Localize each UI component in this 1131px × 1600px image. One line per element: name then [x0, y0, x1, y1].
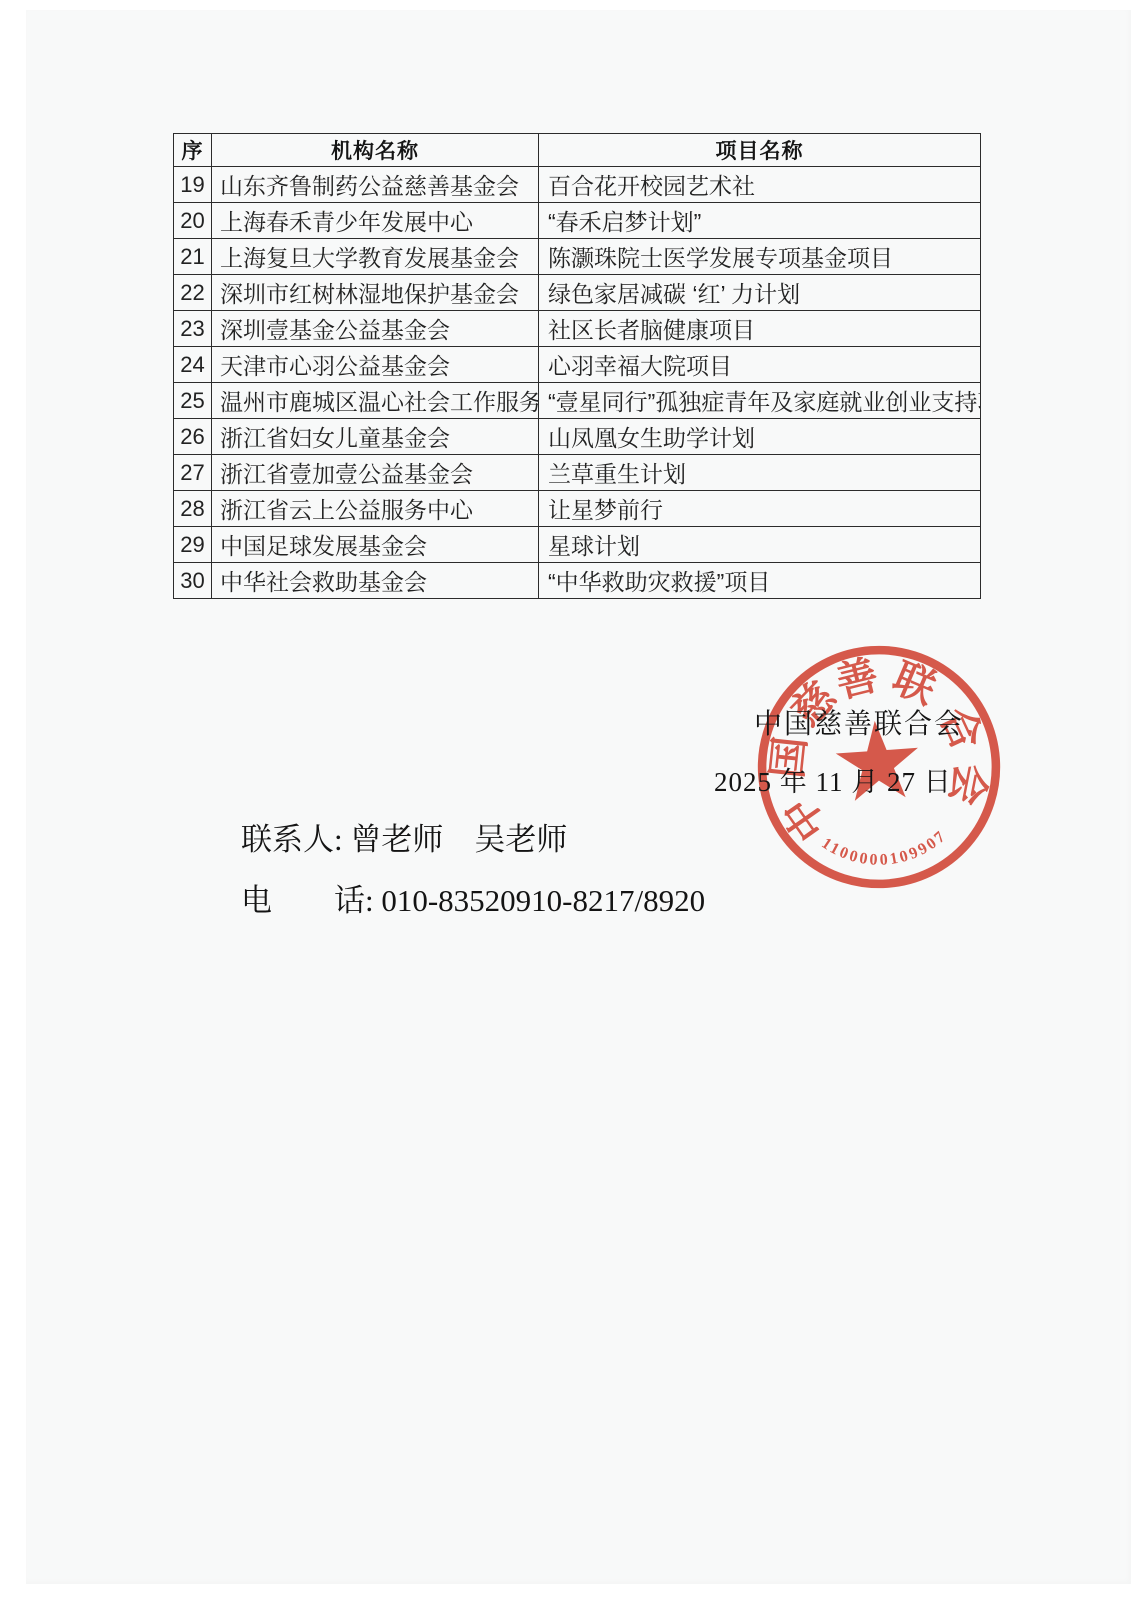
table-body: 19山东齐鲁制药公益慈善基金会百合花开校园艺术社20上海春禾青少年发展中心“春禾… — [174, 167, 981, 599]
table-row: 20上海春禾青少年发展中心“春禾启梦计划” — [174, 203, 981, 239]
header-org: 机构名称 — [212, 134, 539, 167]
table-row: 21上海复旦大学教育发展基金会陈灏珠院士医学发展专项基金项目 — [174, 239, 981, 275]
cell-no: 28 — [174, 491, 212, 527]
table-row: 25温州市鹿城区温心社会工作服务中心“壹星同行”孤独症青年及家庭就业创业支持项目 — [174, 383, 981, 419]
seal-number-arc: 1100000109907 — [818, 826, 953, 873]
cell-no: 30 — [174, 563, 212, 599]
table-row: 23深圳壹基金公益基金会社区长者脑健康项目 — [174, 311, 981, 347]
cell-project: “壹星同行”孤独症青年及家庭就业创业支持项目 — [539, 383, 981, 419]
cell-org: 天津市心羽公益基金会 — [212, 347, 539, 383]
cell-no: 25 — [174, 383, 212, 419]
header-project: 项目名称 — [539, 134, 981, 167]
cell-no: 22 — [174, 275, 212, 311]
contact-phone-line: 电 话: 010-83520910-8217/8920 — [241, 875, 705, 920]
cell-project: 陈灏珠院士医学发展专项基金项目 — [539, 239, 981, 275]
cell-no: 19 — [174, 167, 212, 203]
table-row: 27浙江省壹加壹公益基金会兰草重生计划 — [174, 455, 981, 491]
signature-date: 2025 年 11 月 27 日 — [714, 760, 952, 799]
cell-project: 社区长者脑健康项目 — [539, 311, 981, 347]
cell-org: 上海复旦大学教育发展基金会 — [212, 239, 539, 275]
cell-org: 浙江省妇女儿童基金会 — [212, 419, 539, 455]
cell-org: 深圳壹基金公益基金会 — [212, 311, 539, 347]
cell-org: 中华社会救助基金会 — [212, 563, 539, 599]
cell-org: 浙江省壹加壹公益基金会 — [212, 455, 539, 491]
cell-project: 绿色家居减碳 ‘红’ 力计划 — [539, 275, 981, 311]
cell-project: 兰草重生计划 — [539, 455, 981, 491]
table-row: 28浙江省云上公益服务中心让星梦前行 — [174, 491, 981, 527]
cell-project: 百合花开校园艺术社 — [539, 167, 981, 203]
cell-no: 27 — [174, 455, 212, 491]
cell-no: 24 — [174, 347, 212, 383]
cell-no: 21 — [174, 239, 212, 275]
seal-ring-char: 善 — [831, 652, 882, 707]
cell-project: “中华救助灾救援”项目 — [539, 563, 981, 599]
cell-project: “春禾启梦计划” — [539, 203, 981, 239]
cell-no: 29 — [174, 527, 212, 563]
cell-project: 心羽幸福大院项目 — [539, 347, 981, 383]
org-project-table: 序 机构名称 项目名称 19山东齐鲁制药公益慈善基金会百合花开校园艺术社20上海… — [173, 133, 981, 599]
cell-org: 中国足球发展基金会 — [212, 527, 539, 563]
signature-org: 中国慈善联合会 — [754, 702, 964, 742]
cell-no: 26 — [174, 419, 212, 455]
cell-project: 星球计划 — [539, 527, 981, 563]
cell-no: 23 — [174, 311, 212, 347]
table-header-row: 序 机构名称 项目名称 — [174, 134, 981, 167]
cell-project: 让星梦前行 — [539, 491, 981, 527]
table-row: 26浙江省妇女儿童基金会山凤凰女生助学计划 — [174, 419, 981, 455]
table-row: 24天津市心羽公益基金会心羽幸福大院项目 — [174, 347, 981, 383]
table-row: 19山东齐鲁制药公益慈善基金会百合花开校园艺术社 — [174, 167, 981, 203]
header-no: 序 — [174, 134, 212, 167]
cell-org: 深圳市红树林湿地保护基金会 — [212, 275, 539, 311]
cell-org: 浙江省云上公益服务中心 — [212, 491, 539, 527]
cell-org: 温州市鹿城区温心社会工作服务中心 — [212, 383, 539, 419]
table-row: 22深圳市红树林湿地保护基金会绿色家居减碳 ‘红’ 力计划 — [174, 275, 981, 311]
cell-org: 上海春禾青少年发展中心 — [212, 203, 539, 239]
cell-org: 山东齐鲁制药公益慈善基金会 — [212, 167, 539, 203]
table-row: 29中国足球发展基金会星球计划 — [174, 527, 981, 563]
table-row: 30中华社会救助基金会“中华救助灾救援”项目 — [174, 563, 981, 599]
contact-person-line: 联系人: 曾老师 吴老师 — [241, 814, 567, 859]
cell-no: 20 — [174, 203, 212, 239]
cell-project: 山凤凰女生助学计划 — [539, 419, 981, 455]
